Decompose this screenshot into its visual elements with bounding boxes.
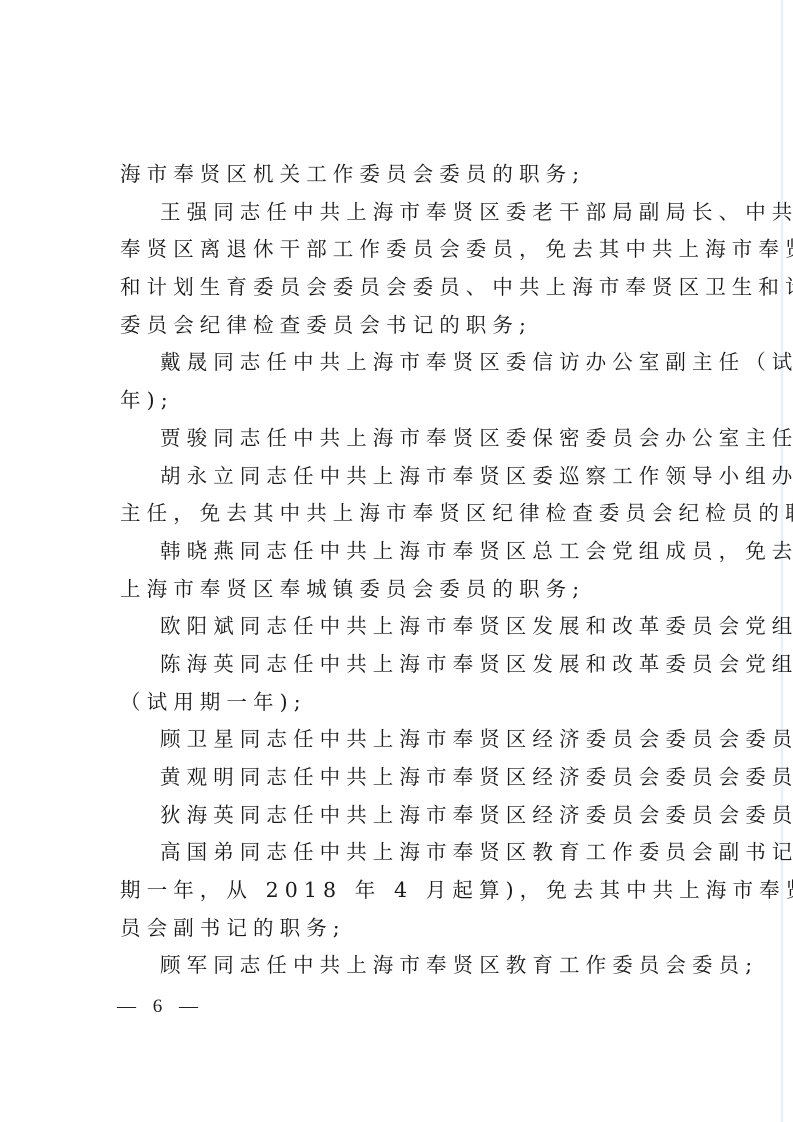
text-line-8: 贾骏同志任中共上海市奉贤区委保密委员会办公室主任; — [120, 420, 712, 458]
text-line-10: 主任，免去其中共上海市奉贤区纪律检查委员会纪检员的职务; — [120, 495, 712, 533]
text-line-2: 王强同志任中共上海市奉贤区委老干部局副局长、中共上海市 — [120, 194, 712, 232]
text-line-4: 和计划生育委员会委员会委员、中共上海市奉贤区卫生和计划生育 — [120, 269, 712, 307]
text-line-14: 陈海英同志任中共上海市奉贤区发展和改革委员会党组成员 — [120, 646, 712, 684]
text-line-11: 韩晓燕同志任中共上海市奉贤区总工会党组成员，免去其中共 — [120, 533, 712, 571]
text-line-20: 期一年，从 2018 年 4 月起算)，免去其中共上海市奉贤区教育局委 — [120, 872, 712, 910]
text-line-17: 黄观明同志任中共上海市奉贤区经济委员会委员会委员; — [120, 759, 712, 797]
text-line-7: 年); — [120, 382, 712, 420]
text-line-9: 胡永立同志任中共上海市奉贤区委巡察工作领导小组办公室副 — [120, 458, 712, 496]
page-number: — 6 — — [117, 996, 204, 1018]
text-line-22: 顾军同志任中共上海市奉贤区教育工作委员会委员; — [120, 947, 712, 985]
text-line-3: 奉贤区离退休干部工作委员会委员，免去其中共上海市奉贤区卫生 — [120, 231, 712, 269]
text-line-15: （试用期一年); — [120, 684, 712, 722]
text-line-19: 高国弟同志任中共上海市奉贤区教育工作委员会副书记（试用 — [120, 834, 712, 872]
text-line-6: 戴晟同志任中共上海市奉贤区委信访办公室副主任（试用期一 — [120, 344, 712, 382]
text-line-18: 狄海英同志任中共上海市奉贤区经济委员会委员会委员; — [120, 797, 712, 835]
text-line-21: 员会副书记的职务; — [120, 910, 712, 948]
text-line-13: 欧阳斌同志任中共上海市奉贤区发展和改革委员会党组成员; — [120, 608, 712, 646]
text-line-16: 顾卫星同志任中共上海市奉贤区经济委员会委员会委员; — [120, 721, 712, 759]
text-line-1: 海市奉贤区机关工作委员会委员的职务; — [120, 156, 712, 194]
document-body: 海市奉贤区机关工作委员会委员的职务; 王强同志任中共上海市奉贤区委老干部局副局长… — [120, 156, 712, 985]
text-line-5: 委员会纪律检查委员会书记的职务; — [120, 307, 712, 345]
text-line-12: 上海市奉贤区奉城镇委员会委员的职务; — [120, 571, 712, 609]
